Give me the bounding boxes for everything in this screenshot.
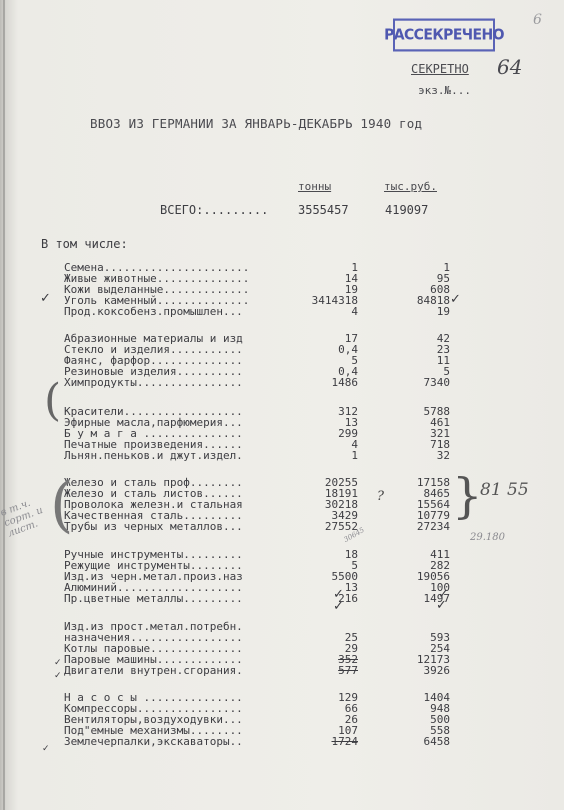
row-label: Абразионные материалы и изд xyxy=(64,333,284,344)
row-label: Пр.цветные металлы......... xyxy=(64,593,284,604)
row-label: Уголь каменный.............. xyxy=(64,295,284,306)
row-rubles: 32 xyxy=(382,450,450,461)
pipes-rubles-note: 29.180 xyxy=(470,532,505,543)
row-label: Прод.коксобенз.промышлен... xyxy=(64,306,284,317)
row-tons: 299 xyxy=(274,428,358,439)
declassified-stamp: РАССЕКРЕЧЕНО xyxy=(393,19,495,52)
row-rubles: 3926 xyxy=(382,665,450,676)
row-tons: 1724 xyxy=(274,736,358,747)
row-rubles: 7340 xyxy=(382,377,450,388)
row-tons: 4 xyxy=(274,306,358,317)
checkmark-icon: ✓ xyxy=(40,291,51,306)
steel-subtotal-note: 81 55 xyxy=(480,480,529,500)
row-rubles: 19 xyxy=(382,306,450,317)
row-label: Химпродукты................ xyxy=(64,377,284,388)
row-label: Живые животные.............. xyxy=(64,273,284,284)
page-edge-shadow xyxy=(3,0,5,810)
row-tons: 4 xyxy=(274,439,358,450)
row-label: Трубы из черных металлов... xyxy=(64,521,284,532)
row-rubles: 27234 xyxy=(382,521,450,532)
row-rubles: 11 xyxy=(382,355,450,366)
left-bracket-mark: ( xyxy=(44,375,61,426)
document-page: РАССЕКРЕЧЕНО 6 СЕКРЕТНО экз.№... 64 ВВОЗ… xyxy=(0,0,564,810)
row-label: Б у м а г а ............... xyxy=(64,428,284,439)
row-label: Железо и сталь проф........ xyxy=(64,477,284,488)
column-header-rubles: тыс.руб. xyxy=(384,180,437,193)
checkmark-icon: ✓ xyxy=(54,671,62,681)
row-label: Землечерпалки,экскаваторы.. xyxy=(64,736,284,747)
right-brace-mark: } xyxy=(452,468,483,524)
including-label: В том числе: xyxy=(41,237,128,251)
row-label: Вентиляторы,воздуходувки... xyxy=(64,714,284,725)
row-label: Эфирные масла,парфюмерия... xyxy=(64,417,284,428)
checkmark-icon: ✓ xyxy=(333,599,344,614)
row-label: Железо и сталь листов...... xyxy=(64,488,284,499)
column-header-tons: тонны xyxy=(298,180,331,193)
checkmark-icon: ✓ xyxy=(42,744,50,754)
checkmark-icon: ✓ xyxy=(450,292,461,307)
checkmark-icon: ✓ xyxy=(54,658,62,668)
row-label: Ручные инструменты......... xyxy=(64,549,284,560)
row-tons: 216 xyxy=(274,593,358,604)
row-rubles: 6458 xyxy=(382,736,450,747)
row-label: назначения................. xyxy=(64,632,284,643)
row-label: Паровые машины............. xyxy=(64,654,284,665)
row-tons: 1486 xyxy=(274,377,358,388)
row-label: Кожи выделанные............. xyxy=(64,284,284,295)
document-title: ВВОЗ ИЗ ГЕРМАНИИ ЗА ЯНВАРЬ-ДЕКАБРЬ 1940 … xyxy=(90,116,422,131)
row-label: Печатные произведения...... xyxy=(64,439,284,450)
row-label: Стекло и изделия........... xyxy=(64,344,284,355)
row-label: Качественная сталь......... xyxy=(64,510,284,521)
row-tons: 3414318 xyxy=(274,295,358,306)
classification-label: СЕКРЕТНО xyxy=(411,62,469,76)
total-rubles: 419097 xyxy=(385,203,455,217)
row-label: Изд.из черн.метал.произ.наз xyxy=(64,571,284,582)
row-label: Семена...................... xyxy=(64,262,284,273)
row-tons: 0,4 xyxy=(274,344,358,355)
row-label: Красители.................. xyxy=(64,406,284,417)
handwritten-page-number: 6 xyxy=(533,12,542,28)
row-label: Льнян.пеньков.и джут.издел. xyxy=(64,450,284,461)
row-tons: 577 xyxy=(274,665,358,676)
row-tons: 1 xyxy=(274,450,358,461)
row-label: Проволока железн.и стальная xyxy=(64,499,284,510)
total-label: ВСЕГО:......... xyxy=(160,203,268,217)
question-mark-note: ? xyxy=(377,489,384,504)
row-label: Резиновые изделия.......... xyxy=(64,366,284,377)
row-label: Под"емные механизмы........ xyxy=(64,725,284,736)
checkmark-icon: ✓ xyxy=(436,598,447,613)
row-label: Фаянс, фарфор.............. xyxy=(64,355,284,366)
handwritten-folio-number: 64 xyxy=(497,55,522,79)
row-label: Двигатели внутрен.сгорания. xyxy=(64,665,284,676)
row-label: Компрессоры................ xyxy=(64,703,284,714)
row-label: Изд.из прост.метал.потребн. xyxy=(64,621,284,632)
copy-number-label: экз.№... xyxy=(418,84,471,97)
row-tons: 18 xyxy=(274,549,358,560)
row-label: Н а с о с ы ............... xyxy=(64,692,284,703)
row-label: Режущие инструменты........ xyxy=(64,560,284,571)
row-label: Алюминий................... xyxy=(64,582,284,593)
row-tons: 27552 xyxy=(274,521,358,532)
row-label: Котлы паровые.............. xyxy=(64,643,284,654)
total-tons: 3555457 xyxy=(298,203,368,217)
